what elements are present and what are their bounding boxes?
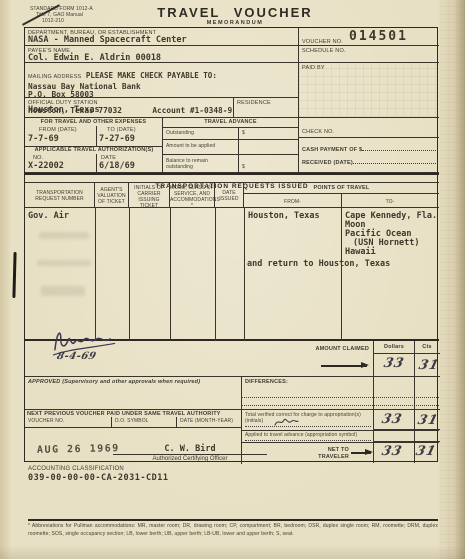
approved-label: APPROVED (Supervisory and other approval… <box>28 379 233 386</box>
divider <box>25 427 241 428</box>
currency-sign: $ <box>242 130 245 136</box>
check-no-cell: CHECK NO. <box>299 118 439 138</box>
document-title-block: TRAVEL VOUCHER MEMORANDUM <box>130 5 340 26</box>
travel-dates-section: FOR TRAVEL AND OTHER EXPENSES FROM (DATE… <box>25 118 163 173</box>
applied-fill-line <box>245 440 371 441</box>
travel-advance-label: TRAVEL ADVANCE <box>163 118 298 128</box>
transport-table-header: TRANSPORTATION REQUEST NUMBER AGENT'S VA… <box>25 183 439 208</box>
from-date-value: 7-7-69 <box>28 135 59 145</box>
travel-voucher-document: STANDARD FORM 1012-A Title 7, GAO Manual… <box>0 0 465 559</box>
prev-voucher-no-label: VOUCHER NO. <box>28 418 64 424</box>
divider <box>238 127 239 173</box>
verified-cents: 31 <box>416 413 440 428</box>
bleed-through-artifact <box>39 232 89 239</box>
to-date-label: TO (DATE) <box>107 127 136 134</box>
advance-outstanding-label: Outstanding <box>166 130 194 136</box>
voucher-no-label: VOUCHER NO. <box>302 39 343 45</box>
divider <box>96 126 97 146</box>
schedule-no-cell: SCHEDULE NO. <box>299 46 439 63</box>
divider <box>96 154 97 173</box>
amount-claimed-label: AMOUNT CLAIMED <box>283 346 369 353</box>
amount-claimed-dollars: 33 <box>382 356 406 371</box>
auth-date-value: 6/18/69 <box>99 162 135 172</box>
duty-station-cell: OFFICIAL DUTY STATION Houston, Texas <box>25 98 234 118</box>
transport-section-bar: TRANSPORTATION REQUESTS ISSUED <box>25 173 439 183</box>
points-of-travel-label: POINTS OF TRAVEL <box>244 183 439 194</box>
prev-voucher-section-label: NEXT PREVIOUS VOUCHER PAID UNDER SAME TR… <box>27 411 241 418</box>
received-label: RECEIVED (DATE) <box>302 160 353 167</box>
cash-payment-row: CASH PAYMENT OF $ <box>299 138 439 154</box>
net-cents: 31 <box>414 444 438 459</box>
bleed-through-artifact <box>41 286 85 296</box>
verified-label: Total verified correct for charge to app… <box>245 412 369 424</box>
voucher-no-cell: VOUCHER NO. 014501 <box>299 28 439 46</box>
mailing-label: MAILING ADDRESS <box>28 74 81 80</box>
verified-dollars: 33 <box>380 412 404 427</box>
currency-sign: $ <box>242 164 245 170</box>
paper-edge-shadow <box>455 0 465 559</box>
form-id-block: STANDARD FORM 1012-A Title 7, GAO Manual… <box>30 6 120 24</box>
net-to-traveler-arrow <box>351 452 371 454</box>
net-to-traveler-label: NET TO TRAVELER <box>301 447 349 461</box>
document-title: TRAVEL VOUCHER <box>130 5 340 20</box>
auth-label: APPLICABLE TRAVEL AUTHORIZATION(S) <box>25 147 163 154</box>
verified-fill-line <box>245 426 371 427</box>
divider <box>374 441 440 442</box>
advance-balance-label: Balance to remain outstanding <box>166 158 234 170</box>
voucher-no-value: 014501 <box>349 30 408 45</box>
accounting-classification-block: ACCOUNTING CLASSIFICATION 039-00-00-00-C… <box>28 466 168 483</box>
footnote-rule <box>28 519 438 521</box>
received-row: RECEIVED (DATE) <box>299 154 439 167</box>
mailing-address-cell: MAILING ADDRESS PLEASE MAKE CHECK PAYABL… <box>25 63 299 98</box>
cash-payment-label: CASH PAYMENT OF $ <box>302 147 362 154</box>
return-trip-value: and return to Houston, Texas <box>247 260 390 270</box>
dollars-cents-divider <box>414 341 415 463</box>
travel-dates-label: FOR TRAVEL AND OTHER EXPENSES <box>25 118 162 126</box>
divider <box>341 208 342 341</box>
certifying-officer-title: Authorized Certifying Officer <box>113 454 267 462</box>
divider <box>163 139 299 140</box>
divider <box>215 208 216 341</box>
divider <box>163 154 299 155</box>
points-from-value: Houston, Texas <box>248 212 320 222</box>
amount-claimed-arrow <box>321 365 367 367</box>
auth-no-value: X-22002 <box>28 162 64 172</box>
paid-date-stamp: AUG 26 1969 <box>37 443 120 456</box>
from-column-label: FROM- <box>244 199 341 205</box>
form-id-line3: 1012-210 <box>30 18 120 24</box>
document-subtitle: MEMORANDUM <box>130 20 340 26</box>
voucher-form: DEPARTMENT, BUREAU, OR ESTABLISHMENT NAS… <box>24 27 438 462</box>
footnote-text: * Abbreviations for Pullman accommodatio… <box>28 523 438 538</box>
col-header-valuation: AGENT'S VALUATION OF TICKET <box>95 183 129 208</box>
schedule-no-label: SCHEDULE NO. <box>302 48 436 55</box>
col-header-points-of-travel: POINTS OF TRAVEL FROM- TO- <box>244 183 439 208</box>
money-column: Dollars Cts 33 31 33 31 33 31 <box>373 341 439 463</box>
check-no-label: CHECK NO. <box>302 129 334 135</box>
divider <box>244 208 245 341</box>
from-date-label: FROM (DATE) <box>39 127 77 134</box>
points-to-line5: Hawaii <box>345 248 376 258</box>
department-cell: DEPARTMENT, BUREAU, OR ESTABLISHMENT NAS… <box>25 28 299 46</box>
col-header-mode-class: MODE, CLASS OF SERVICE, AND ACCOMMODATIO… <box>170 183 215 208</box>
request-number-value: Gov. Air <box>28 212 69 222</box>
col-header-date-issued: DATE ISSUED <box>215 183 244 208</box>
fill-line <box>353 157 436 164</box>
col-header-carrier-initials: INITIALS OF CARRIER ISSUING TICKET <box>129 183 170 208</box>
to-column-label: TO- <box>341 199 439 205</box>
to-date-value: 7-27-69 <box>99 135 135 145</box>
col-header-request-number: TRANSPORTATION REQUEST NUMBER <box>25 183 95 208</box>
divider <box>374 353 440 354</box>
paid-by-label: PAID BY <box>302 65 436 72</box>
paper-bottom-shadow <box>0 545 465 559</box>
amount-claimed-cents: 31 <box>417 358 441 373</box>
cents-header: Cts <box>414 344 440 351</box>
applied-advance-label: Applied to travel advance (appropriation… <box>245 432 371 438</box>
travel-advance-section: TRAVEL ADVANCE Outstanding $ Amount to b… <box>163 118 299 173</box>
accounting-value: 039-00-00-00-CA-2031-CD11 <box>28 474 168 484</box>
differences-label: DIFFERENCES: <box>245 379 288 386</box>
binder-mark-artifact <box>12 252 16 298</box>
paid-by-cell: PAID BY <box>299 63 439 118</box>
dollars-header: Dollars <box>374 344 414 351</box>
divider <box>176 417 177 427</box>
prev-date-label: DATE (MONTH-YEAR) <box>180 418 233 424</box>
payee-cell: PAYEE'S NAME Col. Edwin E. Aldrin 00018 <box>25 46 299 63</box>
advance-applied-label: Amount to be applied <box>166 143 234 149</box>
residence-cell: RESIDENCE <box>234 98 299 118</box>
residence-label: RESIDENCE <box>237 100 295 107</box>
divider <box>374 429 440 430</box>
bleed-through-artifact <box>37 260 91 266</box>
department-value: NASA - Manned Spacecraft Center <box>28 36 295 46</box>
fill-line <box>362 144 436 151</box>
do-symbol-label: D.O. SYMBOL <box>115 418 149 424</box>
net-dollars: 33 <box>380 444 404 459</box>
payment-section: CHECK NO. CASH PAYMENT OF $ RECEIVED (DA… <box>299 118 439 173</box>
divider <box>111 417 112 427</box>
divider <box>170 208 171 341</box>
verifier-initials-scribble <box>273 416 299 428</box>
divider <box>374 376 440 377</box>
duty-station-value: Houston, Texas <box>28 106 230 116</box>
mailing-instruction: PLEASE MAKE CHECK PAYABLE TO: <box>86 71 217 80</box>
divider <box>374 409 440 410</box>
